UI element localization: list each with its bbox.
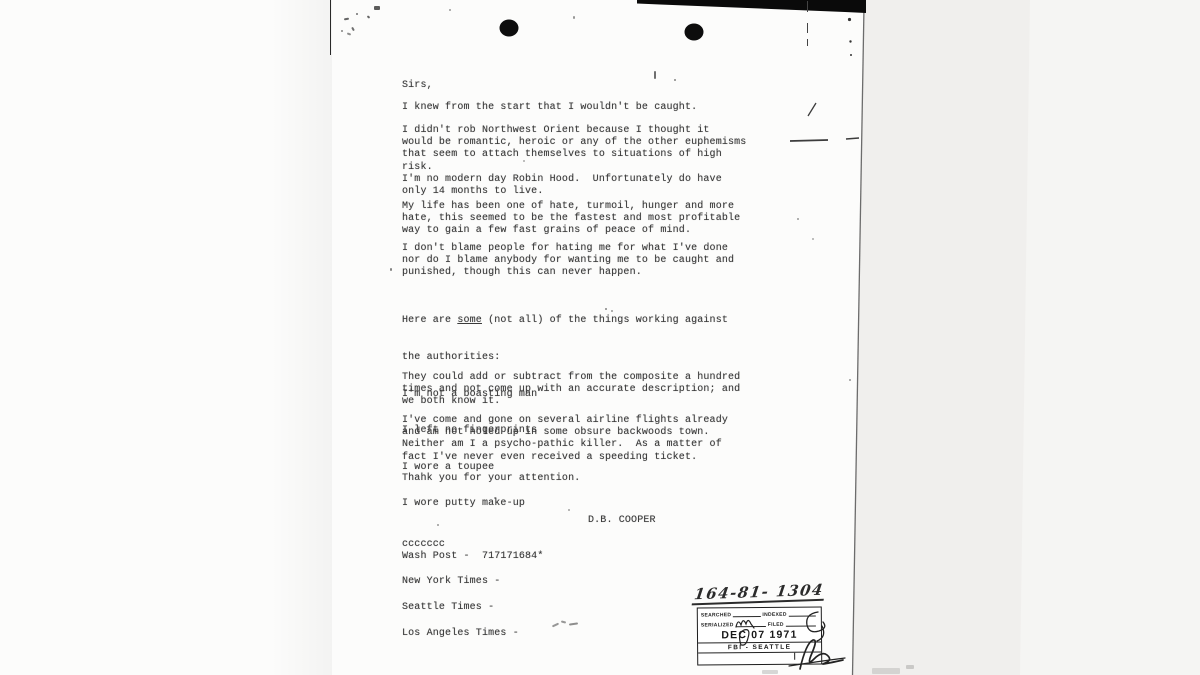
dust-speck <box>797 218 799 220</box>
letter-paragraph-things: Here are some (not all) of the things wo… <box>402 291 728 535</box>
dust-speck <box>872 668 900 674</box>
letter-paragraph-flights: I've come and gone on several airline fl… <box>402 415 728 464</box>
letter-paragraph-composite: They could add or subtract from the comp… <box>402 372 740 409</box>
scanner-edge-bar <box>637 0 866 13</box>
letter-signature: D.B. COOPER <box>588 515 656 527</box>
cc-strikeover-typo: ccccccc <box>402 539 445 551</box>
dust-speck <box>611 310 613 312</box>
dust-speck <box>356 13 358 15</box>
dust-speck <box>674 79 676 81</box>
dust-speck <box>906 665 914 669</box>
stamp-date: DEC 07 1971 <box>698 628 821 641</box>
things-intro-line2: the authorities: <box>402 352 728 364</box>
letter-paragraph-blame: I don't blame people for hating me for w… <box>402 243 734 280</box>
things-intro-pre: Here are <box>402 315 457 326</box>
dust-speck <box>449 9 451 11</box>
letter-paragraph-life: My life has been one of hate, turmoil, h… <box>402 201 740 238</box>
things-intro-line: Here are some (not all) of the things wo… <box>402 315 728 327</box>
stamp-serialized-label: SERIALIZED <box>701 622 734 628</box>
dust-speck <box>374 6 380 10</box>
dust-speck <box>523 160 525 162</box>
dust-speck <box>573 16 575 19</box>
stamp-indexed-label: INDEXED <box>762 612 786 618</box>
letter-salutation: Sirs, <box>402 80 433 92</box>
scan-shading-strip <box>270 0 332 675</box>
things-intro-post: (not all) of the things working against <box>482 315 728 326</box>
cc-recipient: Los Angeles Times - <box>402 628 519 640</box>
stamp-row-serialized-filed: SERIALIZED FILED <box>698 617 821 628</box>
dust-speck <box>762 670 778 674</box>
stamp-filed-label: FILED <box>768 622 784 628</box>
stamp-blank-line <box>736 626 766 627</box>
hole-punch <box>500 20 519 37</box>
dust-dots <box>848 18 852 56</box>
margin-dash-mark <box>790 140 828 141</box>
stamp-divider-line <box>794 653 795 660</box>
dust-speck <box>437 524 439 526</box>
fbi-received-stamp: SEARCHED INDEXED SERIALIZED FILED DEC 07… <box>697 606 823 665</box>
dust-speck <box>654 71 656 79</box>
cc-recipient-wash-post: Wash Post - 717171684* <box>402 551 543 563</box>
dust-speck <box>849 379 851 381</box>
stamp-blank-line <box>786 626 816 627</box>
stamp-bottom-row <box>698 651 821 660</box>
hole-punch <box>685 24 704 41</box>
stamp-searched-label: SEARCHED <box>701 612 732 618</box>
letter-closing-line: Thahk you for your attention. <box>402 473 580 485</box>
scanned-letter-page: Sirs, I knew from the start that I would… <box>0 0 1200 675</box>
things-list-item: I wore putty make-up <box>402 498 728 510</box>
letter-paragraph-robbery: I didn't rob Northwest Orient because I … <box>402 125 746 198</box>
scan-bed-background-light <box>1020 0 1200 675</box>
dust-speck <box>390 268 392 271</box>
margin-dash-mark <box>846 138 859 139</box>
dust-speck <box>568 509 570 511</box>
stamp-office: FBI - SEATTLE <box>698 642 821 651</box>
cc-recipient: New York Times - <box>402 576 500 588</box>
things-intro-underlined-word: some <box>457 315 482 326</box>
dust-speck <box>812 238 814 240</box>
cc-recipient: Seattle Times - <box>402 602 494 614</box>
letter-opening-line: I knew from the start that I wouldn't be… <box>402 102 697 114</box>
dust-speck <box>494 497 496 499</box>
dust-speck <box>605 308 607 310</box>
dust-speck <box>341 30 343 32</box>
check-slash-mark <box>808 103 816 116</box>
